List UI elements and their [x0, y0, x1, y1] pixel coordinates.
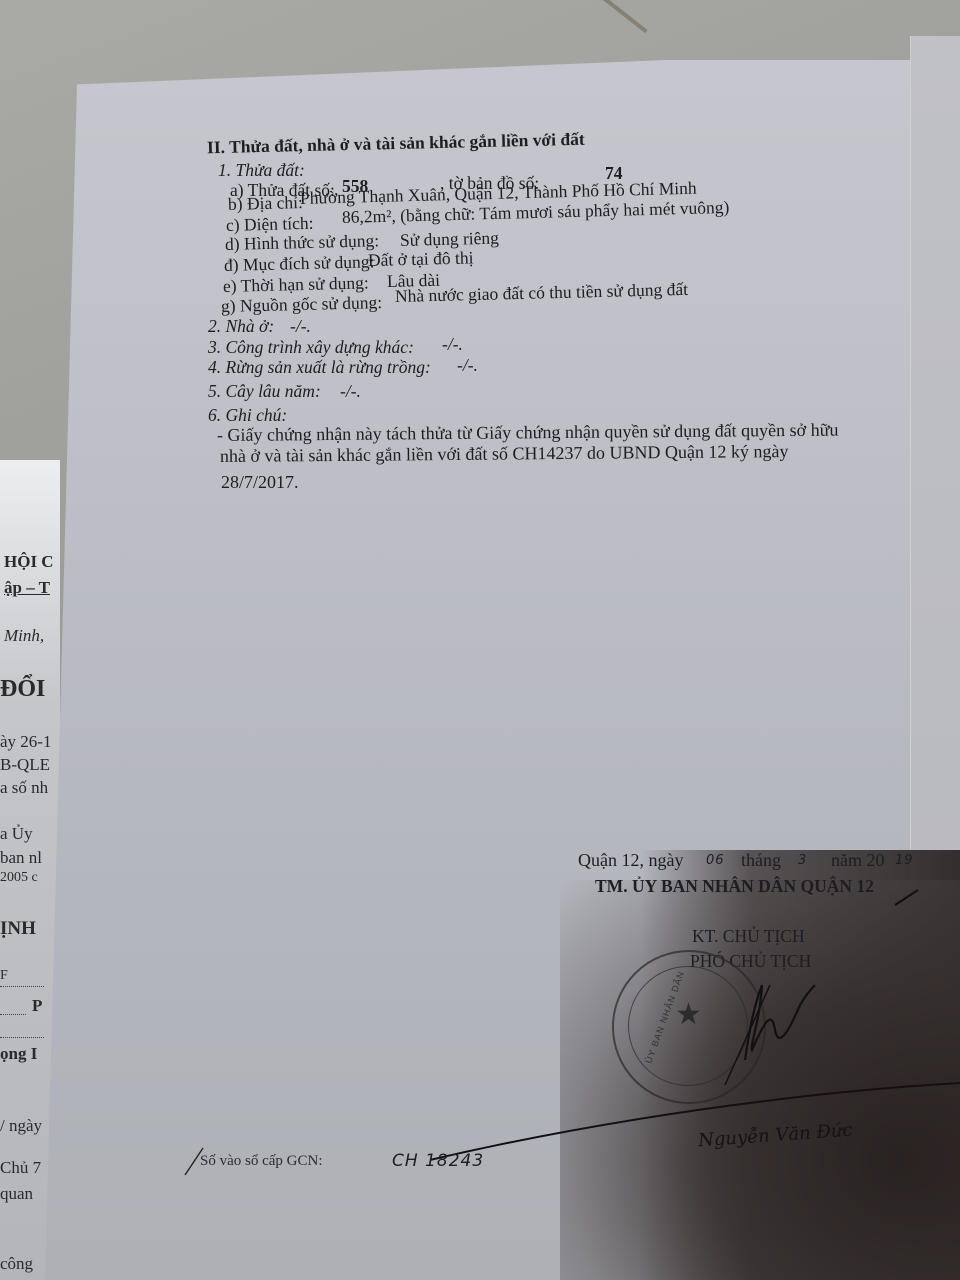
handwriting-overlay: [0, 0, 960, 1280]
signature: [745, 985, 815, 1060]
registry-label: Số vào sổ cấp GCN:: [200, 1153, 323, 1170]
signature-tail: [430, 1083, 960, 1160]
signature-stroke: [725, 985, 770, 1085]
certificate-content: II. Thửa đất, nhà ở và tài sản khác gắn …: [0, 0, 960, 1280]
registry-number: CH 18243: [392, 1151, 484, 1171]
year-slash: [895, 890, 918, 905]
